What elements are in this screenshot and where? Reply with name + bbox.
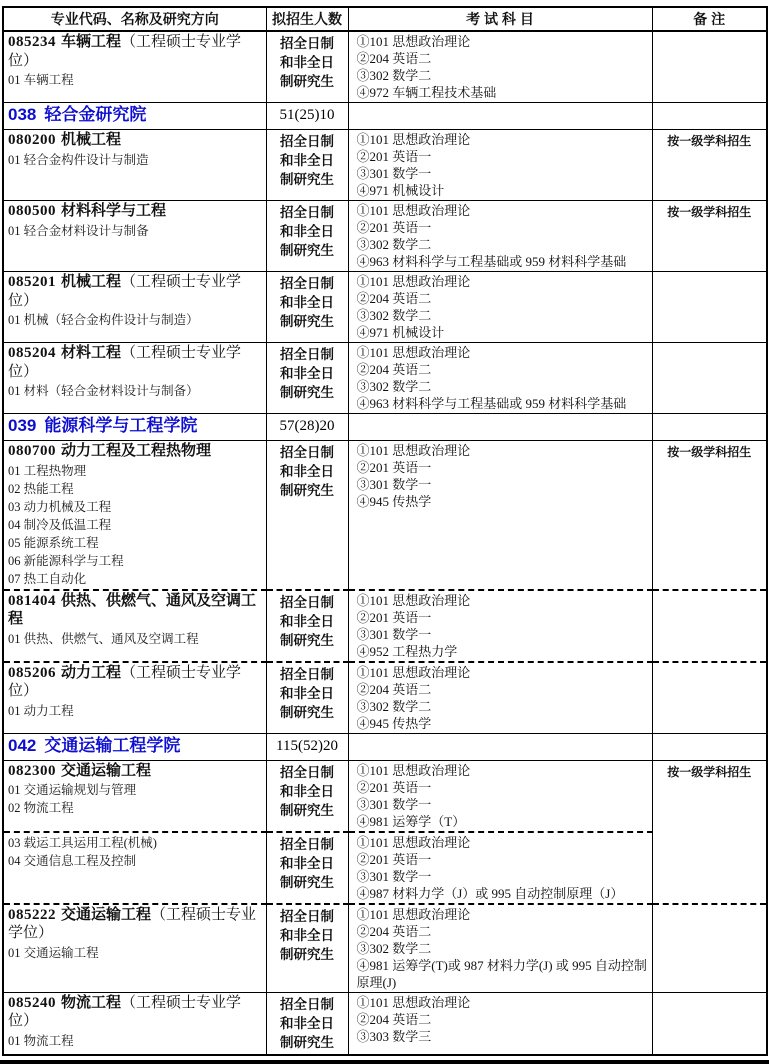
- empty-cell: [652, 414, 767, 441]
- enroll-line: 制研究生: [268, 481, 347, 500]
- table-row: 085206动力工程（工程硕士专业学位）01 动力工程招全日制和非全日制研究生①…: [3, 662, 767, 734]
- enroll-line: 招全日制: [268, 345, 347, 364]
- subject-line: ③301 数学一: [357, 868, 648, 885]
- subjects-cell: ①101 思想政治理论②201 英语一③302 数学二④963 材料科学与工程基…: [348, 201, 652, 272]
- page-cut-edge: [0, 1060, 769, 1064]
- program-cell: 080700动力工程及工程热物理01 工程热物理02 热能工程03 动力机械及工…: [3, 441, 266, 590]
- subject-line: ①101 思想政治理论: [357, 592, 648, 609]
- table-row: 085204材料工程（工程硕士专业学位）01 材料（轻合金材料设计与制备）招全日…: [3, 343, 767, 414]
- subject-line: ①101 思想政治理论: [357, 344, 648, 361]
- subject-line: ②201 英语一: [357, 459, 648, 476]
- program-cell: 085234车辆工程（工程硕士专业学位）01 车辆工程: [3, 31, 266, 103]
- section-title: 轻合金研究院: [44, 105, 146, 124]
- enroll-cell: 招全日制和非全日制研究生: [266, 662, 348, 734]
- enroll-cell: 招全日制和非全日制研究生: [266, 992, 348, 1055]
- subject-line: ②204 英语二: [357, 1011, 648, 1028]
- subject-line: ③302 数学二: [357, 307, 648, 324]
- subject-line: ③301 数学一: [357, 626, 648, 643]
- remark-cell: [652, 272, 767, 343]
- program-code: 080700: [8, 443, 56, 459]
- subject-line: ③301 数学一: [357, 165, 648, 182]
- direction-line: 04 制冷及低温工程: [8, 516, 262, 534]
- section-code: 038: [8, 105, 36, 124]
- program-name: 材料科学与工程: [61, 202, 166, 219]
- subject-line: ②201 英语一: [357, 851, 648, 868]
- program-cell: 085240物流工程（工程硕士专业学位）01 物流工程: [3, 992, 266, 1055]
- section-title-cell: 039能源科学与工程学院: [3, 414, 266, 441]
- enroll-line: 制研究生: [268, 72, 347, 91]
- subject-line: ②204 英语二: [357, 681, 648, 698]
- enroll-line: 和非全日: [268, 854, 347, 873]
- enroll-cell: 招全日制和非全日制研究生: [266, 441, 348, 590]
- enroll-line: 制研究生: [268, 631, 347, 650]
- program-name: 交通运输工程: [61, 906, 151, 923]
- enroll-line: 和非全日: [268, 926, 347, 945]
- subject-line: ③302 数学二: [357, 236, 648, 253]
- empty-cell: [348, 414, 652, 441]
- enroll-line: 制研究生: [268, 170, 347, 189]
- direction-line: 01 交通运输工程: [8, 944, 262, 962]
- enroll-cell: 招全日制和非全日制研究生: [266, 201, 348, 272]
- section-count-cell: 57(28)20: [266, 414, 348, 441]
- remark-text: 按一级学科招生: [655, 442, 765, 460]
- direction-line: 01 动力工程: [8, 702, 262, 720]
- subject-line: ③301 数学一: [357, 796, 648, 813]
- section-count-cell: 115(52)20: [266, 733, 348, 760]
- remark-cell: 按一级学科招生: [652, 760, 767, 904]
- remark-cell: 按一级学科招生: [652, 441, 767, 590]
- program-title: 085222交通运输工程（工程硕士专业学位）: [8, 906, 262, 943]
- program-code: 085222: [8, 907, 56, 923]
- enroll-line: 招全日制: [268, 203, 347, 222]
- direction-line: 02 物流工程: [8, 799, 262, 817]
- program-code: 085204: [8, 345, 56, 361]
- subject-line: ①101 思想政治理论: [357, 442, 648, 459]
- enroll-line: 招全日制: [268, 995, 347, 1014]
- enroll-line: 制研究生: [268, 801, 347, 820]
- program-title: 080200机械工程: [8, 131, 262, 150]
- subjects-cell: ①101 思想政治理论②204 英语二③302 数学二④963 材料科学与工程基…: [348, 343, 652, 414]
- direction-line: 03 动力机械及工程: [8, 498, 262, 516]
- enroll-line: 和非全日: [268, 293, 347, 312]
- program-code: 080200: [8, 132, 56, 148]
- enroll-line: 和非全日: [268, 151, 347, 170]
- program-cell: 085204材料工程（工程硕士专业学位）01 材料（轻合金材料设计与制备）: [3, 343, 266, 414]
- column-header-remarks: 备 注: [652, 7, 767, 31]
- enroll-line: 制研究生: [268, 945, 347, 964]
- program-cell: 085222交通运输工程（工程硕士专业学位）01 交通运输工程: [3, 904, 266, 993]
- subject-line: ④952 工程热力学: [357, 643, 648, 660]
- direction-line: 06 新能源科学与工程: [8, 552, 262, 570]
- program-cell: 082300交通运输工程01 交通运输规划与管理02 物流工程: [3, 760, 266, 832]
- subject-line: ③302 数学二: [357, 67, 648, 84]
- enroll-line: 制研究生: [268, 241, 347, 260]
- program-code: 085234: [8, 34, 56, 50]
- enroll-line: 招全日制: [268, 443, 347, 462]
- enroll-cell: 招全日制和非全日制研究生: [266, 31, 348, 103]
- remark-cell: [652, 590, 767, 662]
- subjects-cell: ①101 思想政治理论②204 英语二③302 数学二④945 传热学: [348, 662, 652, 734]
- enroll-line: 招全日制: [268, 763, 347, 782]
- program-cell: 085206动力工程（工程硕士专业学位）01 动力工程: [3, 662, 266, 734]
- program-cell: 081404供热、供燃气、通风及空调工程01 供热、供燃气、通风及空调工程: [3, 590, 266, 662]
- program-title: 082300交通运输工程: [8, 762, 262, 781]
- table-row: 085201机械工程（工程硕士专业学位）01 机械（轻合金构件设计与制造）招全日…: [3, 272, 767, 343]
- enroll-line: 和非全日: [268, 782, 347, 801]
- direction-line: 02 热能工程: [8, 480, 262, 498]
- subject-line: ①101 思想政治理论: [357, 131, 648, 148]
- section-title: 能源科学与工程学院: [44, 416, 197, 435]
- empty-cell: [348, 733, 652, 760]
- table-row: 085234车辆工程（工程硕士专业学位）01 车辆工程招全日制和非全日制研究生①…: [3, 31, 767, 103]
- remark-cell: [652, 662, 767, 734]
- enroll-cell: 招全日制和非全日制研究生: [266, 130, 348, 201]
- subject-line: ②204 英语二: [357, 923, 648, 940]
- enroll-line: 招全日制: [268, 34, 347, 53]
- remark-cell: [652, 992, 767, 1055]
- subject-line: ①101 思想政治理论: [357, 834, 648, 851]
- program-title: 080700动力工程及工程热物理: [8, 442, 262, 461]
- program-title: 085201机械工程（工程硕士专业学位）: [8, 273, 262, 310]
- program-name: 机械工程: [61, 131, 121, 148]
- enroll-line: 制研究生: [268, 383, 347, 402]
- program-title: 085240物流工程（工程硕士专业学位）: [8, 994, 262, 1031]
- program-title: 081404供热、供燃气、通风及空调工程: [8, 592, 262, 629]
- program-name: 交通运输工程: [61, 762, 151, 779]
- subject-line: ①101 思想政治理论: [357, 33, 648, 50]
- subjects-cell: ①101 思想政治理论②204 英语二③302 数学二④971 机械设计: [348, 272, 652, 343]
- program-cell: 085201机械工程（工程硕士专业学位）01 机械（轻合金构件设计与制造）: [3, 272, 266, 343]
- subject-line: ①101 思想政治理论: [357, 202, 648, 219]
- direction-line: 01 轻合金构件设计与制造: [8, 151, 262, 169]
- program-cell: 080200机械工程01 轻合金构件设计与制造: [3, 130, 266, 201]
- subject-line: ③301 数学一: [357, 476, 648, 493]
- subject-line: ①101 思想政治理论: [357, 906, 648, 923]
- direction-line: 01 机械（轻合金构件设计与制造）: [8, 311, 262, 329]
- table-row: 085240物流工程（工程硕士专业学位）01 物流工程招全日制和非全日制研究生①…: [3, 992, 767, 1055]
- section-title-cell: 042交通运输工程学院: [3, 733, 266, 760]
- program-name: 机械工程: [61, 273, 121, 290]
- subject-line: ④945 传热学: [357, 493, 648, 510]
- subject-line: ②201 英语一: [357, 779, 648, 796]
- subject-line: ④971 机械设计: [357, 182, 648, 199]
- program-code: 080500: [8, 203, 56, 219]
- direction-line: 01 轻合金材料设计与制备: [8, 222, 262, 240]
- section-title: 交通运输工程学院: [44, 736, 180, 755]
- subject-line: ④981 运筹学（T）: [357, 813, 648, 830]
- program-cell: 03 载运工具运用工程(机械)04 交通信息工程及控制: [3, 832, 266, 904]
- subjects-cell: ①101 思想政治理论②204 英语二③302 数学二④981 运筹学(T)或 …: [348, 904, 652, 993]
- enroll-cell: 招全日制和非全日制研究生: [266, 343, 348, 414]
- subjects-cell: ①101 思想政治理论②201 英语一③301 数学一④945 传热学: [348, 441, 652, 590]
- enroll-line: 制研究生: [268, 703, 347, 722]
- remark-cell: [652, 904, 767, 993]
- program-cell: 080500材料科学与工程01 轻合金材料设计与制备: [3, 201, 266, 272]
- subject-line: ②204 英语二: [357, 361, 648, 378]
- enroll-line: 招全日制: [268, 274, 347, 293]
- enroll-line: 和非全日: [268, 53, 347, 72]
- subjects-cell: ①101 思想政治理论②204 英语二③303 数学三: [348, 992, 652, 1055]
- table-row: 081404供热、供燃气、通风及空调工程01 供热、供燃气、通风及空调工程招全日…: [3, 590, 767, 662]
- table-row: 080500材料科学与工程01 轻合金材料设计与制备招全日制和非全日制研究生①1…: [3, 201, 767, 272]
- subjects-cell: ①101 思想政治理论②201 英语一③301 数学一④971 机械设计: [348, 130, 652, 201]
- admissions-table: 专业代码、名称及研究方向 拟招生人数 考 试 科 目 备 注 085234车辆工…: [2, 6, 768, 1056]
- remark-cell: 按一级学科招生: [652, 130, 767, 201]
- remark-text: 按一级学科招生: [655, 131, 765, 149]
- document-page: 专业代码、名称及研究方向 拟招生人数 考 试 科 目 备 注 085234车辆工…: [0, 0, 769, 1064]
- enroll-line: 和非全日: [268, 222, 347, 241]
- table-row: 082300交通运输工程01 交通运输规划与管理02 物流工程招全日制和非全日制…: [3, 760, 767, 832]
- subjects-cell: ①101 思想政治理论②201 英语一③301 数学一④952 工程热力学: [348, 590, 652, 662]
- table-row: 080200机械工程01 轻合金构件设计与制造招全日制和非全日制研究生①101 …: [3, 130, 767, 201]
- direction-line: 05 能源系统工程: [8, 534, 262, 552]
- program-name: 动力工程: [61, 664, 121, 681]
- program-title: 085234车辆工程（工程硕士专业学位）: [8, 33, 262, 70]
- program-title: 085204材料工程（工程硕士专业学位）: [8, 344, 262, 381]
- section-row: 038轻合金研究院51(25)10: [3, 103, 767, 130]
- direction-line: 01 车辆工程: [8, 71, 262, 89]
- section-count-cell: 51(25)10: [266, 103, 348, 130]
- enroll-line: 招全日制: [268, 835, 347, 854]
- subject-line: ④963 材料科学与工程基础或 959 材料科学基础: [357, 253, 648, 270]
- subject-line: ④963 材料科学与工程基础或 959 材料科学基础: [357, 395, 648, 412]
- section-row: 039能源科学与工程学院57(28)20: [3, 414, 767, 441]
- subject-line: ④972 车辆工程技术基础: [357, 84, 648, 101]
- program-name: 材料工程: [61, 344, 121, 361]
- enroll-line: 制研究生: [268, 312, 347, 331]
- direction-line: 01 供热、供燃气、通风及空调工程: [8, 630, 262, 648]
- program-code: 081404: [8, 593, 56, 609]
- remark-cell: [652, 343, 767, 414]
- enroll-line: 招全日制: [268, 665, 347, 684]
- program-code: 085240: [8, 995, 56, 1011]
- subject-line: ③303 数学三: [357, 1028, 648, 1045]
- enroll-line: 和非全日: [268, 364, 347, 383]
- enroll-line: 招全日制: [268, 907, 347, 926]
- empty-cell: [652, 103, 767, 130]
- empty-cell: [348, 103, 652, 130]
- program-name: 动力工程及工程热物理: [61, 442, 211, 459]
- subject-line: ④945 传热学: [357, 715, 648, 732]
- table-header-row: 专业代码、名称及研究方向 拟招生人数 考 试 科 目 备 注: [3, 7, 767, 31]
- subject-line: ②204 英语二: [357, 50, 648, 67]
- section-title-cell: 038轻合金研究院: [3, 103, 266, 130]
- enroll-line: 和非全日: [268, 684, 347, 703]
- subjects-cell: ①101 思想政治理论②201 英语一③301 数学一④987 材料力学（J）或…: [348, 832, 652, 904]
- table-row: 085222交通运输工程（工程硕士专业学位）01 交通运输工程招全日制和非全日制…: [3, 904, 767, 993]
- enroll-line: 制研究生: [268, 1033, 347, 1052]
- remark-cell: 按一级学科招生: [652, 201, 767, 272]
- program-code: 082300: [8, 763, 56, 779]
- subject-line: ①101 思想政治理论: [357, 762, 648, 779]
- enroll-line: 和非全日: [268, 462, 347, 481]
- direction-line: 04 交通信息工程及控制: [8, 852, 262, 870]
- column-header-major: 专业代码、名称及研究方向: [3, 7, 266, 31]
- subjects-cell: ①101 思想政治理论②201 英语一③301 数学一④981 运筹学（T）: [348, 760, 652, 832]
- subject-line: ②201 英语一: [357, 148, 648, 165]
- enroll-line: 制研究生: [268, 873, 347, 892]
- program-name: 车辆工程: [61, 33, 121, 50]
- subject-line: ②201 英语一: [357, 609, 648, 626]
- enroll-line: 招全日制: [268, 132, 347, 151]
- enroll-cell: 招全日制和非全日制研究生: [266, 272, 348, 343]
- direction-line: 03 载运工具运用工程(机械): [8, 834, 262, 852]
- remark-text: 按一级学科招生: [655, 202, 765, 220]
- subject-line: ③302 数学二: [357, 378, 648, 395]
- subject-line: ④987 材料力学（J）或 995 自动控制原理（J）: [357, 885, 648, 902]
- enroll-line: 和非全日: [268, 612, 347, 631]
- direction-line: 07 热工自动化: [8, 570, 262, 588]
- enroll-cell: 招全日制和非全日制研究生: [266, 590, 348, 662]
- enroll-cell: 招全日制和非全日制研究生: [266, 760, 348, 832]
- section-code: 039: [8, 416, 36, 435]
- direction-line: 01 交通运输规划与管理: [8, 781, 262, 799]
- column-header-exam-subjects: 考 试 科 目: [348, 7, 652, 31]
- column-header-enrollment: 拟招生人数: [266, 7, 348, 31]
- enroll-line: 和非全日: [268, 1014, 347, 1033]
- subject-line: ④981 运筹学(T)或 987 材料力学(J) 或 995 自动控制原理(J): [357, 957, 648, 991]
- remark-cell: [652, 31, 767, 103]
- program-title: 080500材料科学与工程: [8, 202, 262, 221]
- section-row: 042交通运输工程学院115(52)20: [3, 733, 767, 760]
- subject-line: ②204 英语二: [357, 290, 648, 307]
- enroll-line: 招全日制: [268, 593, 347, 612]
- program-title: 085206动力工程（工程硕士专业学位）: [8, 664, 262, 701]
- program-name: 物流工程: [61, 994, 121, 1011]
- empty-cell: [652, 733, 767, 760]
- subject-line: ①101 思想政治理论: [357, 994, 648, 1011]
- subject-line: ③302 数学二: [357, 940, 648, 957]
- section-code: 042: [8, 736, 36, 755]
- table-body: 085234车辆工程（工程硕士专业学位）01 车辆工程招全日制和非全日制研究生①…: [3, 31, 767, 1055]
- program-code: 085201: [8, 274, 56, 290]
- enroll-cell: 招全日制和非全日制研究生: [266, 904, 348, 993]
- remark-text: 按一级学科招生: [655, 762, 765, 780]
- table-row: 080700动力工程及工程热物理01 工程热物理02 热能工程03 动力机械及工…: [3, 441, 767, 590]
- direction-line: 01 物流工程: [8, 1032, 262, 1050]
- subject-line: ①101 思想政治理论: [357, 273, 648, 290]
- subject-line: ①101 思想政治理论: [357, 664, 648, 681]
- subjects-cell: ①101 思想政治理论②204 英语二③302 数学二④972 车辆工程技术基础: [348, 31, 652, 103]
- enroll-cell: 招全日制和非全日制研究生: [266, 832, 348, 904]
- subject-line: ④971 机械设计: [357, 324, 648, 341]
- direction-line: 01 工程热物理: [8, 462, 262, 480]
- program-code: 085206: [8, 665, 56, 681]
- subject-line: ②201 英语一: [357, 219, 648, 236]
- direction-line: 01 材料（轻合金材料设计与制备）: [8, 382, 262, 400]
- subject-line: ③302 数学二: [357, 698, 648, 715]
